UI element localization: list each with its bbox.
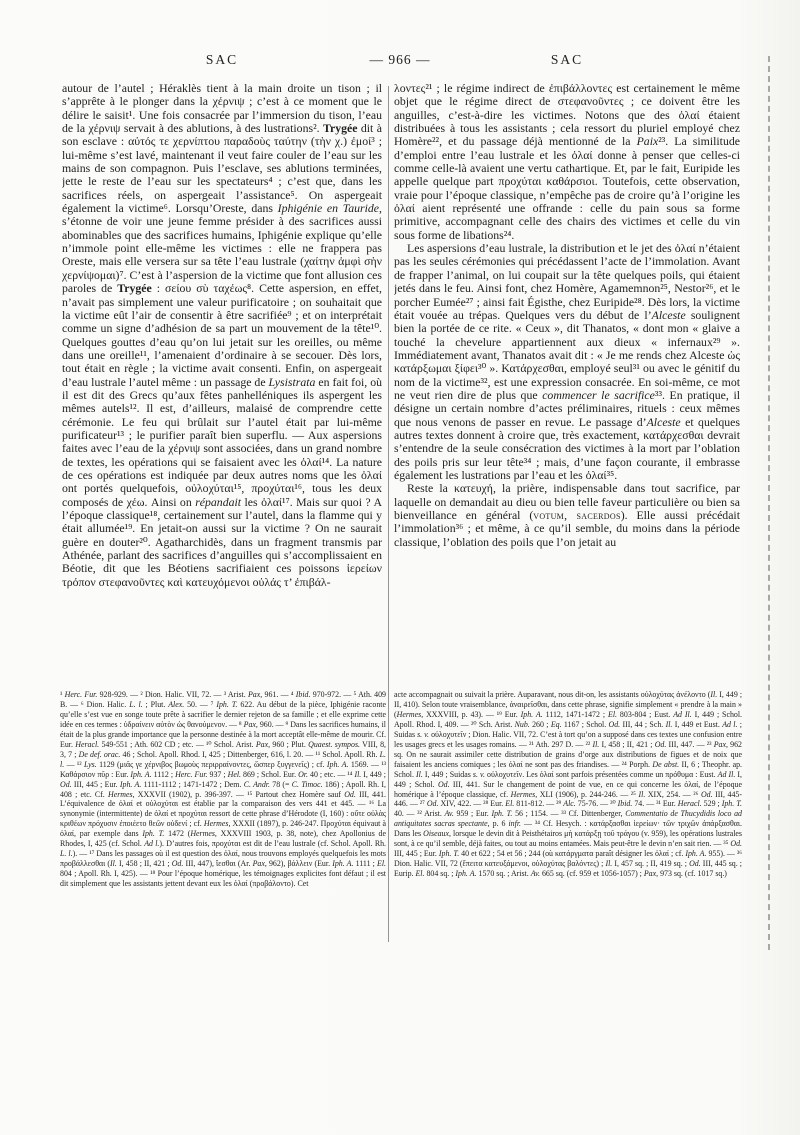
scan-edge-artifact (768, 56, 770, 950)
body-column-right: λοντες²¹ ; le régime indirect de ἐπιβάλλ… (394, 82, 740, 686)
column-divider-rule (388, 86, 389, 942)
running-title-right: SAC (394, 52, 740, 68)
scanned-dictionary-page: SAC — 966 — SAC autour de l’autel ; Héra… (0, 0, 800, 1135)
paragraph-right-continuation: λοντες²¹ ; le régime indirect de ἐπιβάλλ… (394, 82, 740, 242)
footnotes-column-right: acte accompagnait ou suivait la prière. … (394, 690, 742, 946)
paragraph-aspersions: Les aspersions d’eau lustrale, la distri… (394, 242, 740, 482)
paragraph-left-continuation: autour de l’autel ; Héraklès tient à la … (62, 82, 382, 589)
body-column-left: autour de l’autel ; Héraklès tient à la … (62, 82, 382, 686)
footnotes-column-left: ¹ Herc. Fur. 928-929. — ² Dion. Halic. V… (60, 690, 386, 946)
paragraph-kateuche: Reste la κατευχή, la prière, indispensab… (394, 482, 740, 549)
